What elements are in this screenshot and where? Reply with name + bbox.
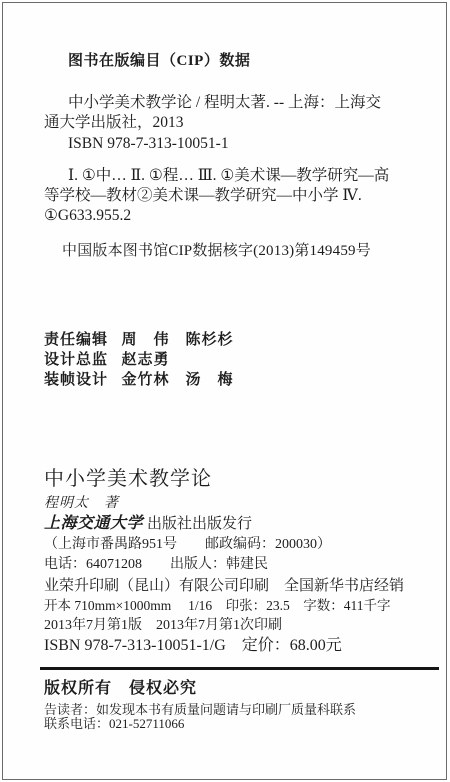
printer-distributor-line: 业荣升印刷（昆山）有限公司印刷 全国新华书店经销 — [44, 577, 404, 596]
book-title: 中小学美术教学论 — [44, 467, 212, 492]
cip-class-line3: ①G633.955.2 — [44, 206, 131, 225]
credit-names: 金竹林 汤 梅 — [122, 372, 234, 388]
cip-class-line2: 等学校—教材②美术课—教学研究—中小学 Ⅳ. — [44, 186, 362, 205]
publisher-logotype: 上海交通大学 — [44, 515, 143, 532]
contact-phone: 联系电话：021-52711066 — [44, 716, 184, 732]
credit-row-editor: 责任编辑周 伟 陈杉杉 — [44, 331, 234, 350]
credit-row-binding-design: 装帧设计金竹林 汤 梅 — [44, 371, 234, 390]
credit-names: 赵志勇 — [122, 352, 170, 368]
credit-role: 责任编辑 — [44, 332, 108, 348]
copyright-page: 图书在版编目（CIP）数据 中小学美术教学论 / 程明太著. -- 上海：上海交… — [0, 0, 450, 782]
cip-record-line1: 中小学美术教学论 / 程明太著. -- 上海：上海交 — [68, 93, 381, 112]
cip-class-line1: Ⅰ. ①中… Ⅱ. ①程… Ⅲ. ①美术课—教学研究—高 — [68, 166, 389, 185]
credit-names: 周 伟 陈杉杉 — [122, 332, 234, 348]
cip-isbn-line: ISBN 978-7-313-10051-1 — [68, 134, 229, 153]
phone-publisher-line: 电话：64071208 出版人：韩建民 — [44, 556, 268, 574]
credit-role: 装帧设计 — [44, 372, 108, 388]
credit-role: 设计总监 — [44, 352, 108, 368]
edition-line: 2013年7月第1版 2013年7月第1次印刷 — [44, 617, 282, 635]
cip-registry: 中国版本图书馆CIP数据核字(2013)第149459号 — [62, 242, 371, 261]
rights-statement: 版权所有 侵权必究 — [44, 679, 197, 699]
author-line: 程明太 著 — [44, 495, 119, 513]
credit-row-design-director: 设计总监赵志勇 — [44, 351, 170, 370]
divider-rule — [40, 667, 439, 670]
cip-header: 图书在版编目（CIP）数据 — [68, 52, 250, 71]
format-line: 开本 710mm×1000mm 1/16 印张：23.5 字数：411千字 — [44, 598, 391, 615]
publisher-suffix: 出版社出版发行 — [147, 516, 252, 532]
cip-record-line2: 通大学出版社，2013 — [44, 113, 184, 132]
isbn-price-line: ISBN 978-7-313-10051-1/G 定价：68.00元 — [44, 636, 342, 656]
publisher-line: 上海交通大学出版社出版发行 — [44, 514, 252, 534]
publisher-address: （上海市番禺路951号 邮政编码：200030） — [44, 536, 331, 554]
